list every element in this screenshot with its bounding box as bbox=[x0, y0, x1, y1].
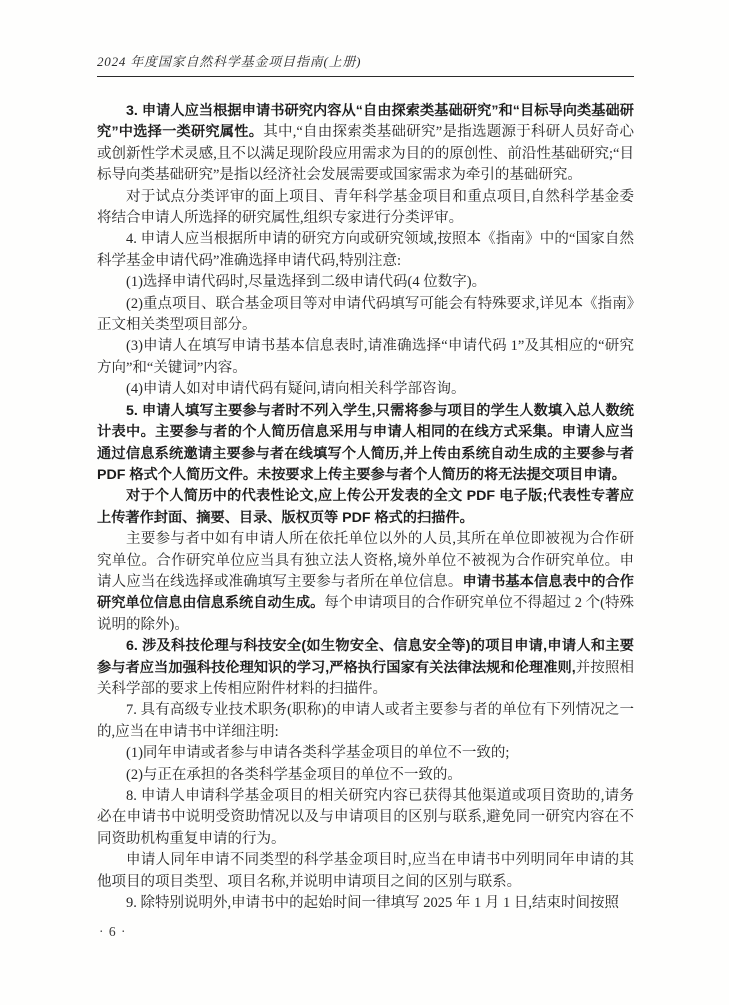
text-run: 4. 申请人应当根据所申请的研究方向或研究领域,按照本《指南》中的“国家自然科学… bbox=[97, 231, 634, 268]
text-run: (1)同年申请或者参与申请各类科学基金项目的单位不一致的; bbox=[126, 745, 509, 761]
paragraph: 3. 申请人应当根据申请书研究内容从“自由探索类基础研究”和“目标导向类基础研究… bbox=[97, 101, 634, 187]
text-run: 对于试点分类评审的面上项目、青年科学基金项目和重点项目,自然科学基金委将结合申请… bbox=[97, 189, 634, 226]
document-body: 3. 申请人应当根据申请书研究内容从“自由探索类基础研究”和“目标导向类基础研究… bbox=[97, 101, 634, 914]
paragraph: 对于个人简历中的代表性论文,应上传公开发表的全文 PDF 电子版;代表性专著应上… bbox=[97, 486, 634, 529]
text-run: 申请人同年申请不同类型的科学基金项目时,应当在申请书中列明同年申请的其他项目的项… bbox=[97, 852, 634, 889]
paragraph: (4)申请人如对申请代码有疑问,请向相关科学部咨询。 bbox=[97, 379, 634, 400]
paragraph: 4. 申请人应当根据所申请的研究方向或研究领域,按照本《指南》中的“国家自然科学… bbox=[97, 229, 634, 272]
text-run: (4)申请人如对申请代码有疑问,请向相关科学部咨询。 bbox=[126, 381, 466, 397]
paragraph: (1)同年申请或者参与申请各类科学基金项目的单位不一致的; bbox=[97, 743, 634, 764]
paragraph: 8. 申请人申请科学基金项目的相关研究内容已获得其他渠道或项目资助的,请务必在申… bbox=[97, 786, 634, 850]
page-number: · 6 · bbox=[99, 924, 127, 940]
paragraph: (2)与正在承担的各类科学基金项目的单位不一致的。 bbox=[97, 765, 634, 786]
text-run: (3)申请人在填写申请书基本信息表时,请准确选择“申请代码 1”及其相应的“研究… bbox=[97, 338, 634, 375]
paragraph: 主要参与者中如有申请人所在依托单位以外的人员,其所在单位即被视为合作研究单位。合… bbox=[97, 529, 634, 636]
paragraph: 6. 涉及科技伦理与科技安全(如生物安全、信息安全等)的项目申请,申请人和主要参… bbox=[97, 636, 634, 700]
document-header: 2024 年度国家自然科学基金项目指南(上册) bbox=[97, 54, 634, 77]
text-run: 7. 具有高级专业技术职务(职称)的申请人或者主要参与者的单位有下列情况之一的,… bbox=[97, 702, 634, 739]
header-rule bbox=[97, 76, 634, 77]
paragraph: (1)选择申请代码时,尽量选择到二级申请代码(4 位数字)。 bbox=[97, 272, 634, 293]
text-run: (2)重点项目、联合基金项目等对申请代码填写可能会有特殊要求,详见本《指南》正文… bbox=[97, 296, 634, 333]
paragraph: 申请人同年申请不同类型的科学基金项目时,应当在申请书中列明同年申请的其他项目的项… bbox=[97, 850, 634, 893]
bold-text-run: 6. 涉及科技伦理与科技安全(如生物安全、信息安全等)的项目申请,申请人和主要参… bbox=[97, 638, 634, 675]
bold-text-run: 5. 申请人填写主要参与者时不列入学生,只需将参与项目的学生人数填入总人数统计表… bbox=[97, 403, 634, 483]
paragraph: 7. 具有高级专业技术职务(职称)的申请人或者主要参与者的单位有下列情况之一的,… bbox=[97, 700, 634, 743]
text-run: (2)与正在承担的各类科学基金项目的单位不一致的。 bbox=[126, 767, 462, 783]
text-run: 9. 除特别说明外,申请书中的起始时间一律填写 2025 年 1 月 1 日,结… bbox=[126, 895, 619, 911]
paragraph: 9. 除特别说明外,申请书中的起始时间一律填写 2025 年 1 月 1 日,结… bbox=[97, 893, 634, 914]
bold-text-run: 对于个人简历中的代表性论文,应上传公开发表的全文 PDF 电子版;代表性专著应上… bbox=[97, 488, 634, 525]
document-header-title: 2024 年度国家自然科学基金项目指南(上册) bbox=[97, 54, 634, 76]
text-run: 8. 申请人申请科学基金项目的相关研究内容已获得其他渠道或项目资助的,请务必在申… bbox=[97, 788, 634, 847]
document-page: 2024 年度国家自然科学基金项目指南(上册) 3. 申请人应当根据申请书研究内… bbox=[0, 0, 729, 1005]
paragraph: (2)重点项目、联合基金项目等对申请代码填写可能会有特殊要求,详见本《指南》正文… bbox=[97, 294, 634, 337]
paragraph: 对于试点分类评审的面上项目、青年科学基金项目和重点项目,自然科学基金委将结合申请… bbox=[97, 187, 634, 230]
paragraph: 5. 申请人填写主要参与者时不列入学生,只需将参与项目的学生人数填入总人数统计表… bbox=[97, 401, 634, 487]
paragraph: (3)申请人在填写申请书基本信息表时,请准确选择“申请代码 1”及其相应的“研究… bbox=[97, 336, 634, 379]
text-run: (1)选择申请代码时,尽量选择到二级申请代码(4 位数字)。 bbox=[126, 274, 486, 290]
